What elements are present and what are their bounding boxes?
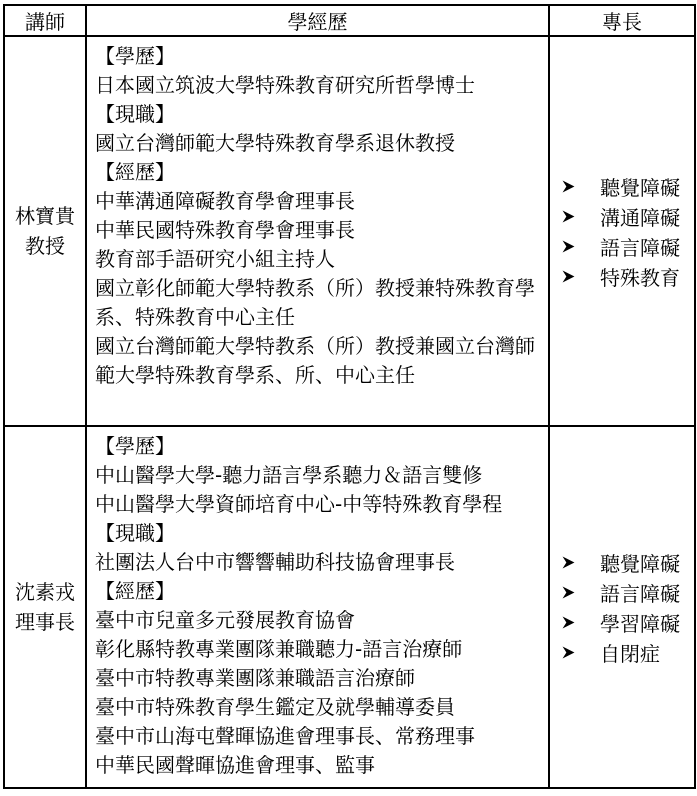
bio-line: 臺中市特教專業團隊兼職語言治療師 [95, 664, 542, 693]
specialty-item: 聽覺障礙 [560, 547, 694, 577]
bio-line: 【學歷】 [95, 432, 542, 461]
arrow-bullet-icon [560, 554, 577, 571]
specialty-label: 溝通障礙 [600, 202, 680, 231]
lecturer-title: 理事長 [5, 607, 85, 637]
bio-line: 臺中市山海屯聲暉協進會理事長、常務理事 [95, 722, 542, 751]
bio-cell: 【學歷】 中山醫學大學-聽力語言學系聽力＆語言雙修 中山醫學大學資師培育中心-中… [86, 426, 549, 788]
bio-line: 彰化縣特教專業團隊兼職聽力-語言治療師 [95, 635, 542, 664]
bio-line: 臺中市特殊教育學生鑑定及就學輔導委員 [95, 693, 542, 722]
document-page: 講師 學經歷 專長 林寶貴 教授 【學歷】 日本國立筑波大學特殊教育研究所哲學博… [0, 0, 697, 796]
arrow-bullet-icon [560, 584, 577, 601]
specialty-label: 語言障礙 [600, 232, 680, 261]
bio-line: 中華民國特殊教育學會理事長 [95, 216, 542, 245]
lecturer-title: 教授 [5, 231, 85, 261]
arrow-bullet-icon [560, 268, 577, 285]
specialty-item: 語言障礙 [560, 577, 694, 607]
arrow-bullet-icon [560, 614, 577, 631]
bio-line: 中華溝通障礙教育學會理事長 [95, 187, 542, 216]
specialty-item: 溝通障礙 [560, 201, 694, 231]
specialty-cell: 聽覺障礙 溝通障礙 語言障礙 特殊教育 [549, 36, 695, 426]
arrow-bullet-icon [560, 208, 577, 225]
bio-line: 【現職】 [95, 100, 542, 129]
specialty-cell: 聽覺障礙 語言障礙 學習障礙 自閉症 [549, 426, 695, 788]
arrow-bullet-icon [560, 238, 577, 255]
lecturer-name: 沈素戎 [5, 577, 85, 607]
lecturer-cell: 沈素戎 理事長 [4, 426, 86, 788]
bio-line: 國立彰化師範大學特教系（所）教授兼特殊教育學系、特殊教育中心主任 [95, 274, 542, 332]
bio-line: 【現職】 [95, 519, 542, 548]
arrow-bullet-icon [560, 178, 577, 195]
bio-line: 臺中市兒童多元發展教育協會 [95, 606, 542, 635]
bio-line: 【經歷】 [95, 577, 542, 606]
specialty-item: 特殊教育 [560, 261, 694, 291]
specialty-item: 自閉症 [560, 637, 694, 667]
specialty-label: 語言障礙 [600, 578, 680, 607]
specialty-item: 語言障礙 [560, 231, 694, 261]
specialty-label: 特殊教育 [600, 262, 680, 291]
specialty-label: 聽覺障礙 [600, 548, 680, 577]
bio-line: 【學歷】 [95, 42, 542, 71]
bio-line: 國立台灣師範大學特教系（所）教授兼國立台灣師範大學特殊教育學系、所、中心主任 [95, 332, 542, 390]
bio-line: 日本國立筑波大學特殊教育研究所哲學博士 [95, 71, 542, 100]
table-row-shen-surong: 沈素戎 理事長 【學歷】 中山醫學大學-聽力語言學系聽力＆語言雙修 中山醫學大學… [4, 426, 695, 788]
specialty-item: 學習障礙 [560, 607, 694, 637]
bio-line: 【經歷】 [95, 158, 542, 187]
bio-line: 社團法人台中市響響輔助科技協會理事長 [95, 548, 542, 577]
bio-line: 中山醫學大學-聽力語言學系聽力＆語言雙修 [95, 461, 542, 490]
specialty-label: 聽覺障礙 [600, 172, 680, 201]
header-cell-background: 學經歷 [86, 5, 549, 36]
header-cell-specialty: 專長 [549, 5, 695, 36]
arrow-bullet-icon [560, 644, 577, 661]
lecturer-table: 講師 學經歷 專長 林寶貴 教授 【學歷】 日本國立筑波大學特殊教育研究所哲學博… [3, 4, 696, 789]
lecturer-cell: 林寶貴 教授 [4, 36, 86, 426]
bio-cell: 【學歷】 日本國立筑波大學特殊教育研究所哲學博士 【現職】 國立台灣師範大學特殊… [86, 36, 549, 426]
specialty-label: 學習障礙 [600, 608, 680, 637]
bio-line: 中山醫學大學資師培育中心-中等特殊教育學程 [95, 490, 542, 519]
bio-line: 中華民國聲暉協進會理事、監事 [95, 751, 542, 780]
table-row-lin-baogui: 林寶貴 教授 【學歷】 日本國立筑波大學特殊教育研究所哲學博士 【現職】 國立台… [4, 36, 695, 426]
lecturer-name: 林寶貴 [5, 201, 85, 231]
specialty-label: 自閉症 [600, 638, 660, 667]
bio-line: 國立台灣師範大學特殊教育學系退休教授 [95, 129, 542, 158]
specialty-item: 聽覺障礙 [560, 171, 694, 201]
bio-line: 教育部手語研究小組主持人 [95, 245, 542, 274]
header-row: 講師 學經歷 專長 [4, 5, 695, 36]
header-cell-lecturer: 講師 [4, 5, 86, 36]
